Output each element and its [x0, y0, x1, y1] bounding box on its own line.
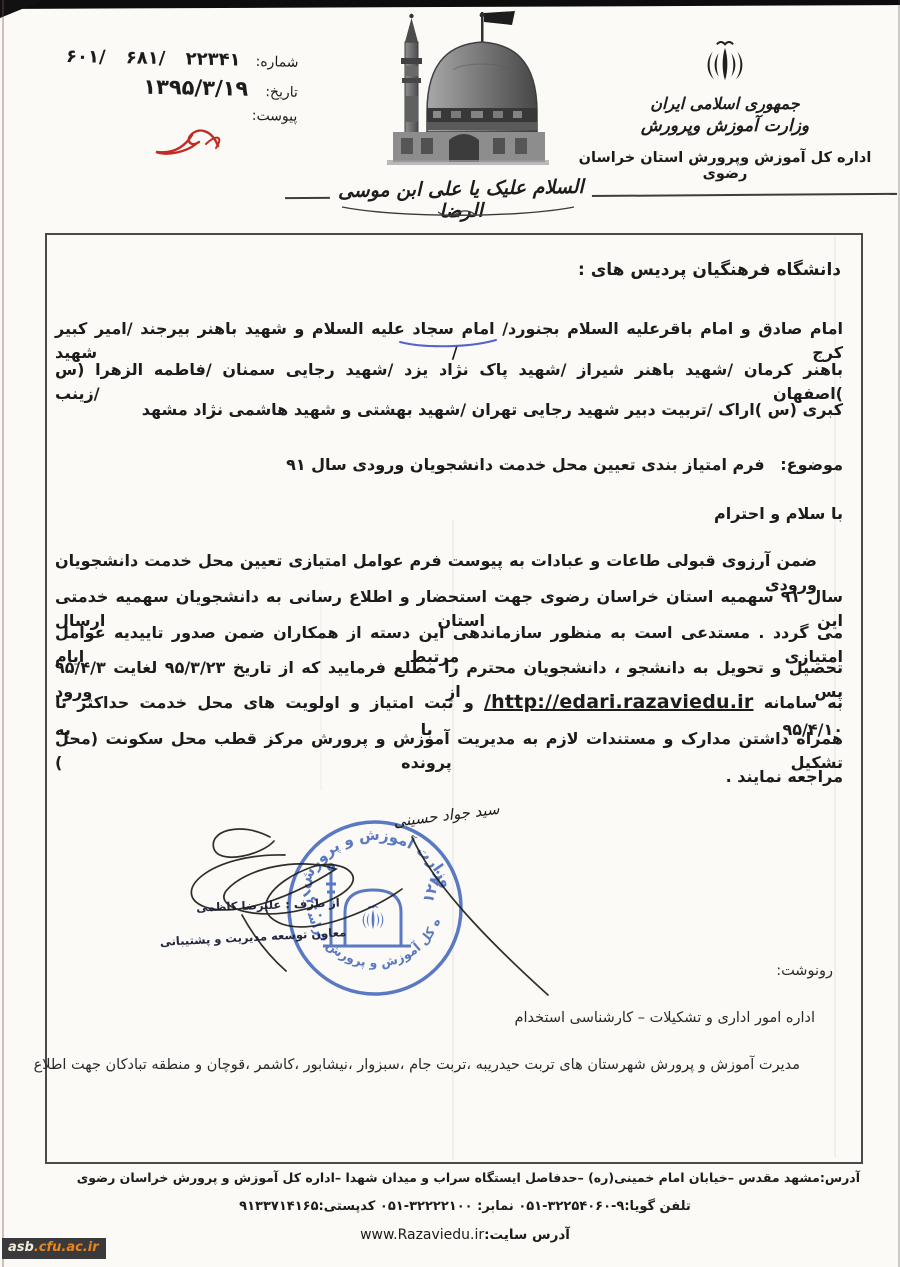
blue-underline-mark-icon — [398, 337, 498, 351]
ref-attachment-label: پیوست: — [252, 108, 298, 125]
salutation-flourish-icon — [338, 203, 578, 221]
cc-item: اداره امور اداری و تشکیلات – کارشناسی اس… — [55, 1010, 815, 1026]
black-flag — [484, 11, 515, 25]
scanned-letter-page: شماره: ۲۲۳۴۱ /۶۸۱ /۶۰۱ تاریخ: ۱۳۹۵/۳/۱۹ … — [0, 0, 900, 1267]
header-department: اداره کل آموزش وپرورش استان خراسان رضوی — [570, 150, 880, 182]
ref-date-value: ۱۳۹۵/۳/۱۹ — [143, 75, 249, 101]
body-line: مراجعه نمایند . — [55, 765, 843, 789]
scan-top-edge — [0, 0, 900, 9]
subject-text: فرم امتیاز بندی تعیین محل خدمت دانشجویان… — [286, 455, 765, 474]
header-ministry: وزارت آموزش وپرورش — [600, 116, 850, 136]
footer-phone-line: تلفن گویا:۹-۳۲۲۵۴۰۶۰-۰۵۱ نمابر: ۳۲۲۲۲۱۰۰… — [105, 1199, 825, 1214]
ref-date-label: تاریخ: — [265, 84, 298, 101]
red-attachment-mark-icon — [146, 122, 232, 162]
minaret — [401, 14, 422, 134]
footer-address: آدرس:مشهد مقدس –خیابان امام خمینی(ره) –ح… — [140, 1170, 860, 1185]
recipient-line: کبری (س )اراک /تربیت دبیر شهید رجایی تهر… — [55, 398, 843, 422]
cc-item: مدیرت آموزش و پرورش شهرستان های تربت حید… — [55, 1057, 800, 1073]
url-line-before: به سامانه — [764, 693, 843, 712]
ref-number-row: شماره: ۲۲۳۴۱ /۶۸۱ /۶۰۱ — [28, 45, 298, 72]
greeting: با سلام و احترام — [55, 502, 843, 526]
national-header: جمهوری اسلامی ایران وزارت آموزش وپرورش — [600, 38, 850, 136]
watermark-badge: asb.cfu.ac.ir — [2, 1238, 106, 1259]
footer-site-label: آدرس سایت: — [484, 1227, 570, 1243]
recipient-heading: دانشگاه فرهنگیان پردیس های : — [55, 258, 841, 282]
header-country: جمهوری اسلامی ایران — [600, 94, 850, 113]
ref-number-value: ۲۲۳۴۱ /۶۸۱ /۶۰۱ — [66, 46, 241, 71]
reference-block: شماره: ۲۲۳۴۱ /۶۸۱ /۶۰۱ تاریخ: ۱۳۹۵/۳/۱۹ … — [27, 45, 298, 125]
footer-site-url: www.Razaviedu.ir — [360, 1227, 484, 1243]
watermark-prefix: asb — [8, 1240, 34, 1255]
subject-label: موضوع: — [780, 455, 843, 474]
iran-emblem-icon — [698, 38, 752, 92]
cc-label: رونوشت: — [55, 963, 833, 979]
portal-url: http://edari.razaviedu.ir/ — [484, 691, 753, 713]
scan-left-edge — [2, 0, 4, 1267]
mosque-photo — [363, 10, 565, 188]
ref-date-row: تاریخ: ۱۳۹۵/۳/۱۹ — [28, 72, 298, 102]
footer-site-line: آدرس سایت:www.Razaviedu.ir — [105, 1227, 825, 1243]
subject-line: موضوع: فرم امتیاز بندی تعیین محل خدمت دا… — [55, 453, 843, 477]
watermark-suffix: .cfu.ac.ir — [34, 1240, 99, 1255]
ref-number-label: شماره: — [255, 54, 298, 71]
